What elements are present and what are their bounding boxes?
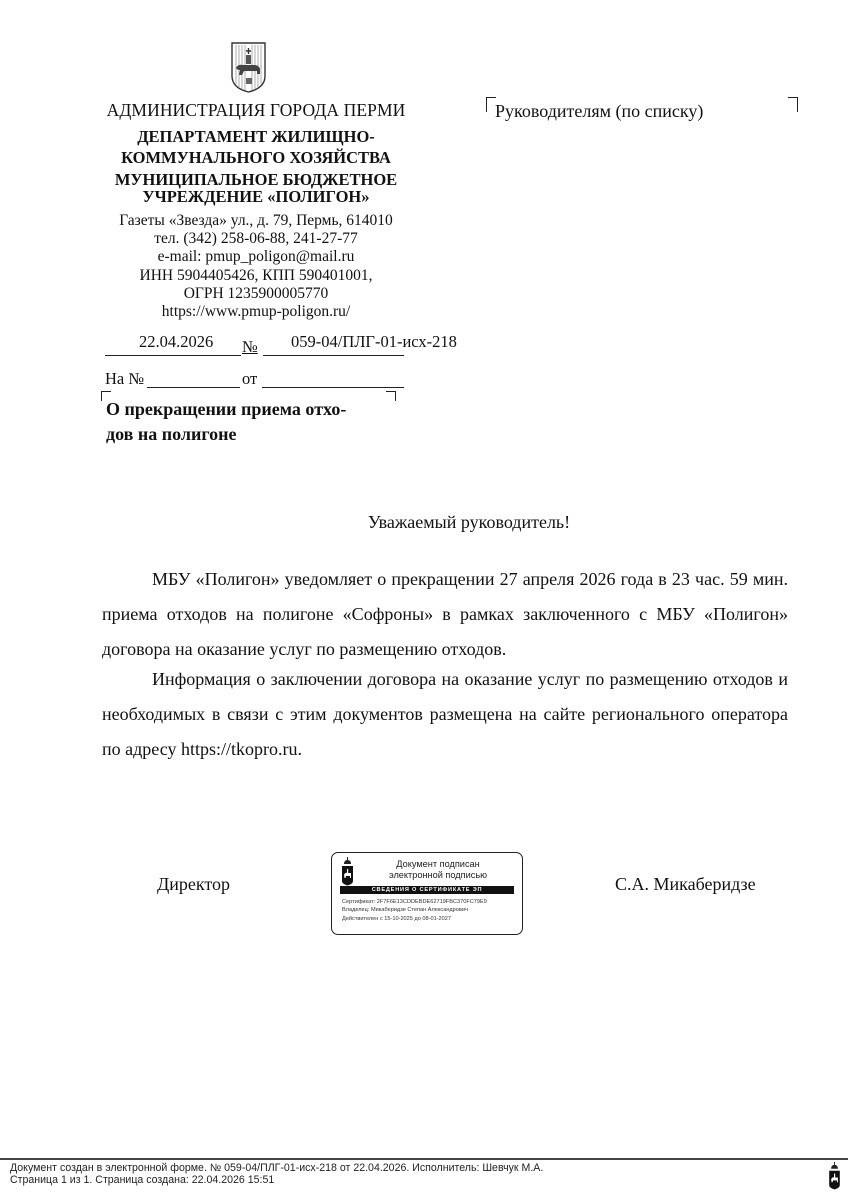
- website-link[interactable]: https://www.pmup-poligon.ru/: [96, 303, 416, 321]
- tax-ids: ИНН 5904405426, КПП 590401001,: [96, 267, 416, 285]
- contact-details: Газеты «Звезда» ул., д. 79, Пермь, 61401…: [96, 212, 416, 321]
- reply-number-field: [147, 368, 240, 388]
- greeting: Уважаемый руководитель!: [0, 512, 848, 533]
- address: Газеты «Звезда» ул., д. 79, Пермь, 61401…: [96, 212, 416, 230]
- reply-number-label: На №: [105, 369, 144, 389]
- stamp-title-line-1: Документ подписан: [356, 859, 520, 870]
- institution-line-1: МУНИЦИПАЛЬНОЕ БЮДЖЕТНОЕ: [96, 171, 416, 188]
- stamp-title: Документ подписан электронной подписью: [356, 859, 520, 881]
- certificate-validity: Действителен с 15-10-2025 до 08-01-2027: [342, 915, 487, 923]
- perm-coat-of-arms-icon: [230, 40, 267, 94]
- number-label: №: [242, 337, 258, 357]
- certificate-owner: Владелец: Микаберидзе Степан Александров…: [342, 906, 487, 914]
- footer-line-2: Страница 1 из 1. Страница создана: 22.04…: [10, 1175, 543, 1187]
- email-link[interactable]: e-mail: pmup_poligon@mail.ru: [96, 248, 416, 266]
- certificate-details: Сертификат: 2F7F6E13CDDEBDE62719FBC370FC…: [342, 898, 487, 923]
- perm-krai-emblem-icon: [341, 857, 354, 886]
- department-name: ДЕПАРТАМЕНТ ЖИЛИЩНО- КОММУНАЛЬНОГО ХОЗЯЙ…: [96, 126, 416, 168]
- department-line-2: КОММУНАЛЬНОГО ХОЗЯЙСТВА: [96, 147, 416, 168]
- recipient: Руководителям (по списку): [495, 101, 703, 122]
- electronic-signature-stamp: Документ подписан электронной подписью С…: [331, 852, 523, 935]
- reply-from-field: [262, 368, 404, 388]
- subject-line-1: О прекращении приема отхо-: [106, 397, 396, 422]
- certificate-serial: Сертификат: 2F7F6E13CDDEBDE62719FBC370FC…: [342, 898, 487, 906]
- subject-line-2: дов на полигоне: [106, 422, 396, 447]
- body-paragraph-2: Информация о заключении договора на оказ…: [102, 662, 788, 767]
- recipient-corner-right: [788, 97, 798, 112]
- footer-line-1: Документ создан в электронной форме. № 0…: [10, 1163, 543, 1175]
- signatory-title: Директор: [157, 874, 230, 895]
- document-date: 22.04.2026: [139, 332, 213, 352]
- certificate-info-bar: СВЕДЕНИЯ О СЕРТИФИКАТЕ ЭП: [340, 886, 514, 894]
- institution-line-2: УЧРЕЖДЕНИЕ «ПОЛИГОН»: [96, 188, 416, 205]
- department-line-1: ДЕПАРТАМЕНТ ЖИЛИЩНО-: [96, 126, 416, 147]
- administration-name: АДМИНИСТРАЦИЯ ГОРОДА ПЕРМИ: [96, 100, 416, 121]
- subject: О прекращении приема отхо- дов на полиго…: [106, 397, 396, 447]
- phone: тел. (342) 258-06-88, 241-27-77: [96, 230, 416, 248]
- perm-krai-emblem-icon: [828, 1162, 841, 1190]
- reply-from-label: от: [242, 369, 257, 389]
- reply-to-line: На № от: [105, 368, 405, 390]
- footer-divider: [0, 1158, 848, 1160]
- body-paragraph-1: МБУ «Полигон» уведомляет о прекращении 2…: [102, 562, 788, 667]
- ogrn: ОГРН 1235900005770: [96, 285, 416, 303]
- stamp-title-line-2: электронной подписью: [356, 870, 520, 881]
- registration-line: 22.04.2026 № 059-04/ПЛГ-01-исх-218: [105, 331, 485, 357]
- signatory-name: С.А. Микаберидзе: [615, 874, 756, 895]
- footer-info: Документ создан в электронной форме. № 0…: [10, 1163, 543, 1186]
- greeting-text: Уважаемый руководитель!: [368, 512, 570, 533]
- document-number: 059-04/ПЛГ-01-исх-218: [291, 332, 457, 352]
- institution-name: МУНИЦИПАЛЬНОЕ БЮДЖЕТНОЕ УЧРЕЖДЕНИЕ «ПОЛИ…: [96, 171, 416, 205]
